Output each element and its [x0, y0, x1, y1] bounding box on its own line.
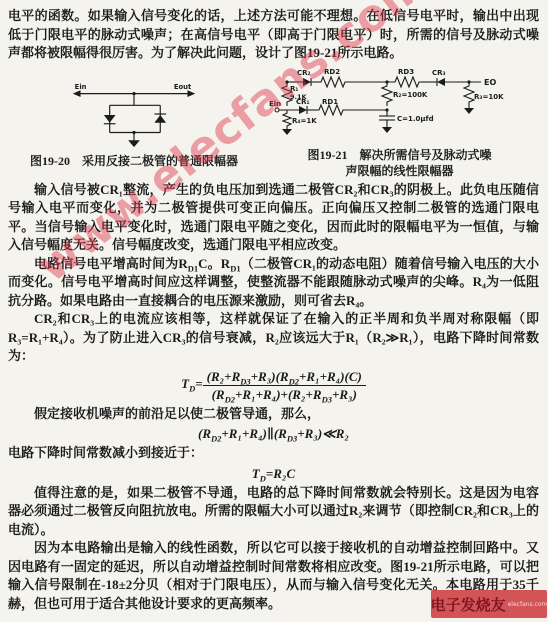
watermark-badge-cn: 电子发烧友: [431, 594, 506, 615]
label-c: C=1.0μfd: [397, 115, 434, 123]
circuit-19-21-linear-limiter: CR₂ RD2 RD3 CR₃ EO R₁ 9.1K CR₁ RD1 R₂=10…: [269, 66, 531, 144]
label-eout: Eout: [174, 82, 192, 90]
ground-c-icon: [382, 127, 392, 133]
label-r2: R₂=100K: [393, 91, 428, 99]
figure-19-21-caption-line1: 图19-21 解决所需信号及脉动式噪: [308, 147, 492, 163]
paragraph-note: 值得注意的是，如果二极管不导通，电路的总下降时间常数就会特别长。这是因为电容器必…: [8, 484, 539, 540]
label-r3: R₃=10K: [474, 93, 504, 101]
formula-lhs: TD=: [181, 376, 203, 391]
label-ein: Ein: [75, 82, 87, 90]
figures-row: Ein Eout 图19-20 采用反接二极管的普通限幅器: [8, 66, 539, 179]
ground-r4-icon: [282, 129, 292, 135]
paragraph-assumption: 假定接收机噪声的前沿足以使二极管导通，那么，: [8, 405, 539, 424]
formula-decay-time-constant: TD=(R₂+RD3+R₃)(RD2+R₁+R₄)(C)(RD2+R₁+R₄)+…: [8, 369, 539, 402]
label-cr2: CR₂: [297, 69, 311, 77]
diode-left: [104, 115, 116, 123]
paragraph-symmetry: CR₂和CR₃上的电流应该相等，这样就保证了在输入的正半周和负半周对称限幅（即R…: [8, 310, 539, 366]
figure-19-21: CR₂ RD2 RD3 CR₃ EO R₁ 9.1K CR₁ RD1 R₂=10…: [260, 66, 539, 179]
label-ein: Ein: [269, 100, 281, 108]
ground-r3-icon: [464, 108, 474, 114]
label-eo: EO: [484, 78, 496, 87]
paragraph-rectify: 输入信号被CR₁整流，产生的负电压加到选通二极管CR₂和CR₃的阴极上。此负电压…: [8, 181, 539, 255]
circuit-19-20-diode-limiter: Ein Eout: [69, 80, 199, 150]
label-rd3: RD3: [398, 68, 414, 76]
diode-cr2: [303, 78, 311, 86]
formula-td-r2c: TD=R₂C: [8, 466, 539, 481]
watermark-badge-en: elecfans.com: [508, 601, 548, 608]
paragraph-intro: 电平的函数。如果输入信号变化的话，上述方法可能不理想。在低信号电平时，输出中出现…: [8, 7, 539, 63]
diode-cr1: [299, 106, 307, 114]
formula-parallel-condition: (RD2+R₁+R₄)∥(RD3+R₃)≪R₂: [8, 426, 539, 441]
figure-19-20: Ein Eout 图19-20 采用反接二极管的普通限幅器: [8, 66, 260, 179]
arrow-ein: [73, 90, 81, 97]
formula-numerator: (R₂+RD3+R₃)(RD2+R₁+R₄)(C): [203, 369, 366, 386]
paragraph-decay-approx: 电路下降时间常数减小到接近于：: [8, 444, 539, 463]
ground-icon: [128, 140, 140, 147]
label-r4: R₄=1K: [292, 117, 317, 125]
label-cr1: CR₁: [296, 98, 310, 106]
watermark-badge: 电子发烧友 elecfans.com: [431, 590, 547, 618]
diode-right: [154, 115, 166, 123]
label-rd1: RD1: [322, 98, 338, 106]
diode-cr3: [437, 78, 445, 86]
figure-19-20-caption: 图19-20 采用反接二极管的普通限幅器: [30, 153, 238, 169]
formula-denominator: (RD2+R₁+R₄)+(R₂+RD3+R₃): [203, 386, 366, 402]
figure-19-21-caption-line2: 声限幅的线性限幅器: [345, 163, 453, 179]
label-rd2: RD2: [324, 68, 340, 76]
label-cr3: CR₃: [432, 69, 446, 77]
paragraph-rise-time: 电路信号电平增高时间为RD1C。RD1（二极管CR₁的动态电阻）随着信号输入电压…: [8, 255, 539, 311]
arrow-eout: [187, 90, 195, 97]
document-page: 电平的函数。如果输入信号变化的话，上述方法可能不理想。在低信号电平时，输出中出现…: [0, 0, 548, 622]
label-r1: R₁: [290, 85, 298, 93]
